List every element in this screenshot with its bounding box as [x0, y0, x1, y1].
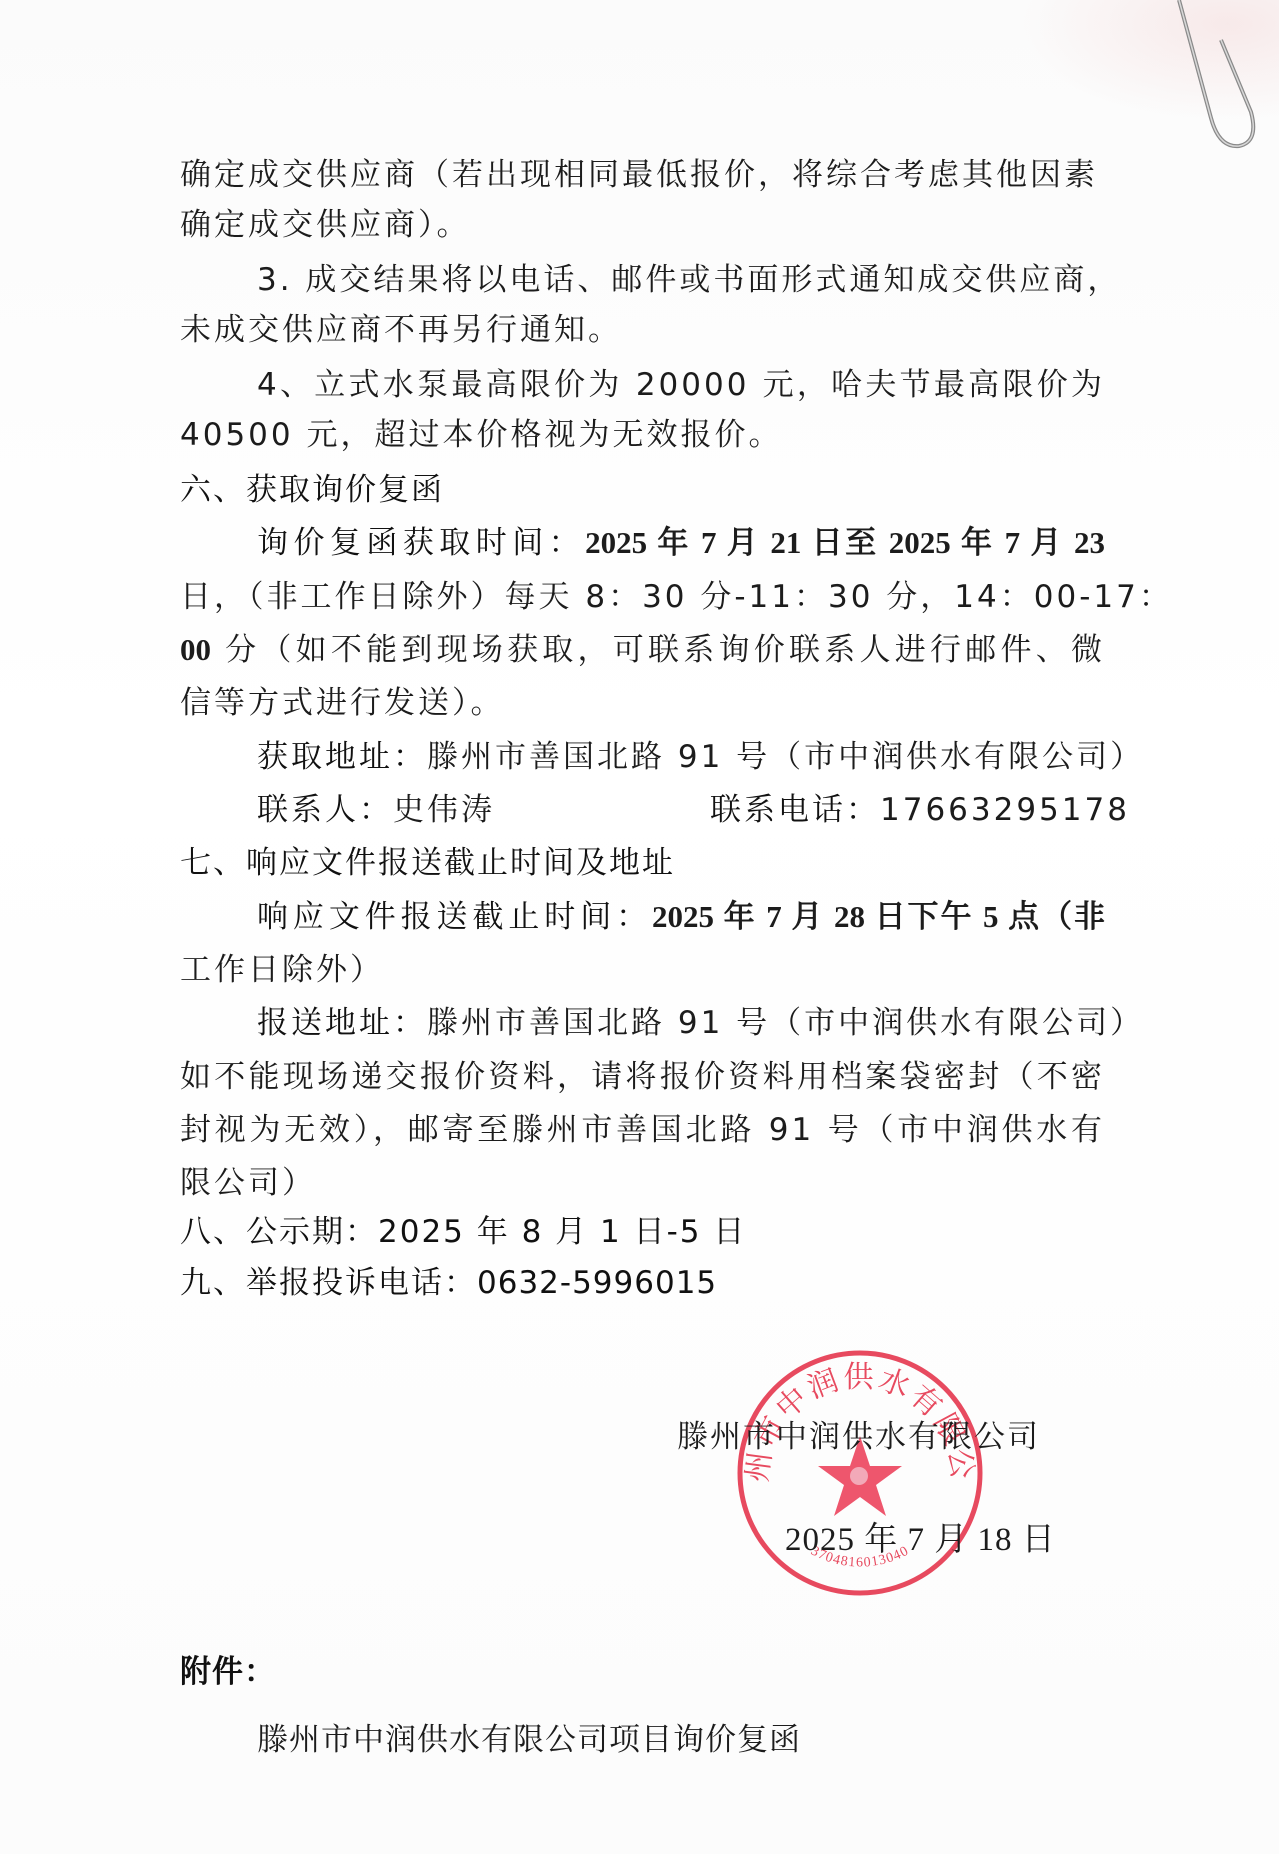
phone-value: 17663295178 [880, 792, 1130, 828]
phone-label: 联系电话： [710, 792, 880, 828]
text-line: 未成交供应商不再另行通知。 [180, 310, 1105, 350]
text-line: 确定成交供应商）。 [180, 205, 1105, 245]
time-line-4: 信等方式进行发送）。 [180, 683, 1105, 723]
time-value: 2025 年 7 月 21 日至 2025 年 7 月 23 [585, 525, 1105, 560]
time-line-3: 00 分（如不能到现场获取，可联系询价联系人进行邮件、微 [180, 630, 1105, 670]
pickup-address-label: 获取地址： [257, 739, 427, 775]
time-line: 询价复函获取时间：2025 年 7 月 21 日至 2025 年 7 月 23 [257, 523, 1105, 563]
submit-address: 报送地址：滕州市善国北路 91 号（市中润供水有限公司） [257, 1003, 1105, 1043]
submit-address-label: 报送地址： [257, 1005, 427, 1041]
signature-date: 2025 年 7 月 18 日 [785, 1520, 1056, 1560]
mail-line-1: 如不能现场递交报价资料，请将报价资料用档案袋密封（不密 [180, 1057, 1105, 1097]
company-seal: 滕州市中润供水有限公司 3704816013040 [735, 1348, 985, 1598]
section-6-heading: 六、获取询价复函 [180, 470, 1105, 510]
submit-address-value: 滕州市善国北路 91 号（市中润供水有限公司） [427, 1005, 1144, 1041]
contact-label: 联系人： [257, 792, 393, 828]
pickup-address: 获取地址：滕州市善国北路 91 号（市中润供水有限公司） [257, 737, 1105, 777]
complaint-label: 九、举报投诉电话： [180, 1265, 477, 1301]
section-7-heading: 七、响应文件报送截止时间及地址 [180, 843, 1105, 883]
text-line: 3. 成交结果将以电话、邮件或书面形式通知成交供应商， [257, 260, 1105, 300]
section-8-publicity: 八、公示期：2025 年 8 月 1 日-5 日 [180, 1212, 1105, 1252]
text-line: 40500 元，超过本价格视为无效报价。 [180, 415, 1105, 455]
contact-value: 史伟涛 [393, 792, 495, 828]
mail-line-2: 封视为无效），邮寄至滕州市善国北路 91 号（市中润供水有 [180, 1110, 1105, 1150]
mail-line-3: 限公司） [180, 1163, 1105, 1203]
attachment-item: 滕州市中润供水有限公司项目询价复函 [257, 1720, 1105, 1760]
time-label: 询价复函获取时间： [257, 525, 585, 561]
pickup-address-value: 滕州市善国北路 91 号（市中润供水有限公司） [427, 739, 1144, 775]
deadline-value: 2025 年 7 月 28 日下午 5 点（非 [652, 899, 1105, 934]
text-line: 确定成交供应商（若出现相同最低报价，将综合考虑其他因素 [180, 155, 1105, 195]
contact-line: 联系人：史伟涛 联系电话：17663295178 [257, 790, 1105, 830]
time-line-2: 日，（非工作日除外）每天 8：30 分-11：30 分，14：00-17： [180, 577, 1105, 617]
deadline-line-2: 工作日除外） [180, 950, 1105, 990]
phone-field: 联系电话：17663295178 [710, 790, 1130, 830]
complaint-phone: 0632-5996015 [477, 1265, 717, 1301]
signature-company: 滕州市中润供水有限公司 [677, 1417, 1040, 1457]
time-text: 分（如不能到现场获取，可联系询价联系人进行邮件、微 [211, 632, 1105, 668]
deadline-line: 响应文件报送截止时间：2025 年 7 月 28 日下午 5 点（非 [257, 897, 1105, 937]
section-9-complaint: 九、举报投诉电话：0632-5996015 [180, 1263, 1105, 1303]
deadline-label: 响应文件报送截止时间： [257, 899, 652, 935]
paperclip-icon [1099, 0, 1279, 160]
document-page: 确定成交供应商（若出现相同最低报价，将综合考虑其他因素 确定成交供应商）。 3.… [0, 0, 1279, 1854]
text-line: 4、立式水泵最高限价为 20000 元，哈夫节最高限价为 [257, 365, 1105, 405]
attachment-label: 附件： [180, 1652, 1105, 1692]
time-bold: 00 [180, 632, 211, 667]
